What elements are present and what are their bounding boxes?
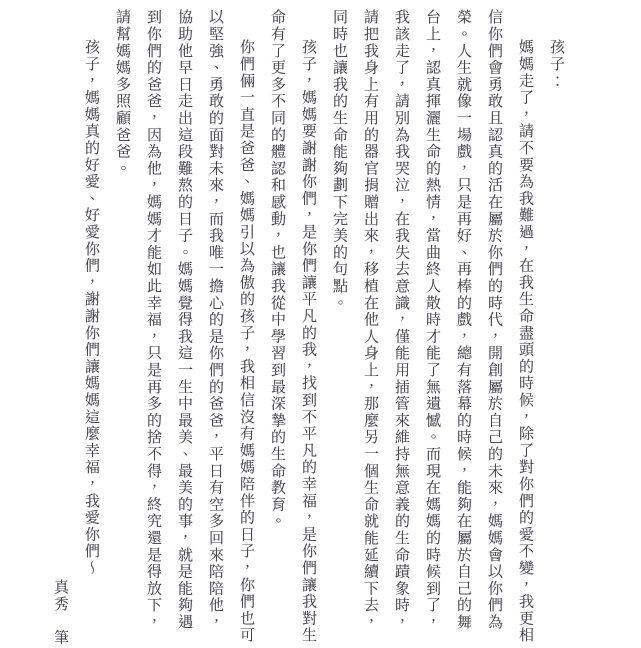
letter-body: 孩子： 媽媽走了，請不要為我難過，在我生命盡頭的時候，除了對你們的愛不變，我更相…: [45, 9, 572, 646]
paragraph-1: 媽媽走了，請不要為我難過，在我生命盡頭的時候，除了對你們的愛不變，我更相信你們會…: [324, 9, 541, 646]
paragraph-4: 孩子，媽媽真的好愛、好愛你們，謝謝你們讓媽媽這麼幸福，我愛你們～: [76, 9, 107, 646]
signature: 真秀 筆: [45, 9, 76, 646]
paragraph-3: 你們倆一直是爸爸、媽媽引以為傲的孩子，我相信沒有媽媽陪伴的日子，你們也可以堅強、…: [107, 9, 262, 646]
letter-page: 孩子： 媽媽走了，請不要為我難過，在我生命盡頭的時候，除了對你們的愛不變，我更相…: [0, 0, 641, 648]
paragraph-2: 孩子，媽媽要謝謝你們，是你們讓平凡的我，找到不平凡的幸福，是你們讓我對生命有了更…: [262, 9, 324, 646]
salutation: 孩子：: [541, 9, 572, 646]
